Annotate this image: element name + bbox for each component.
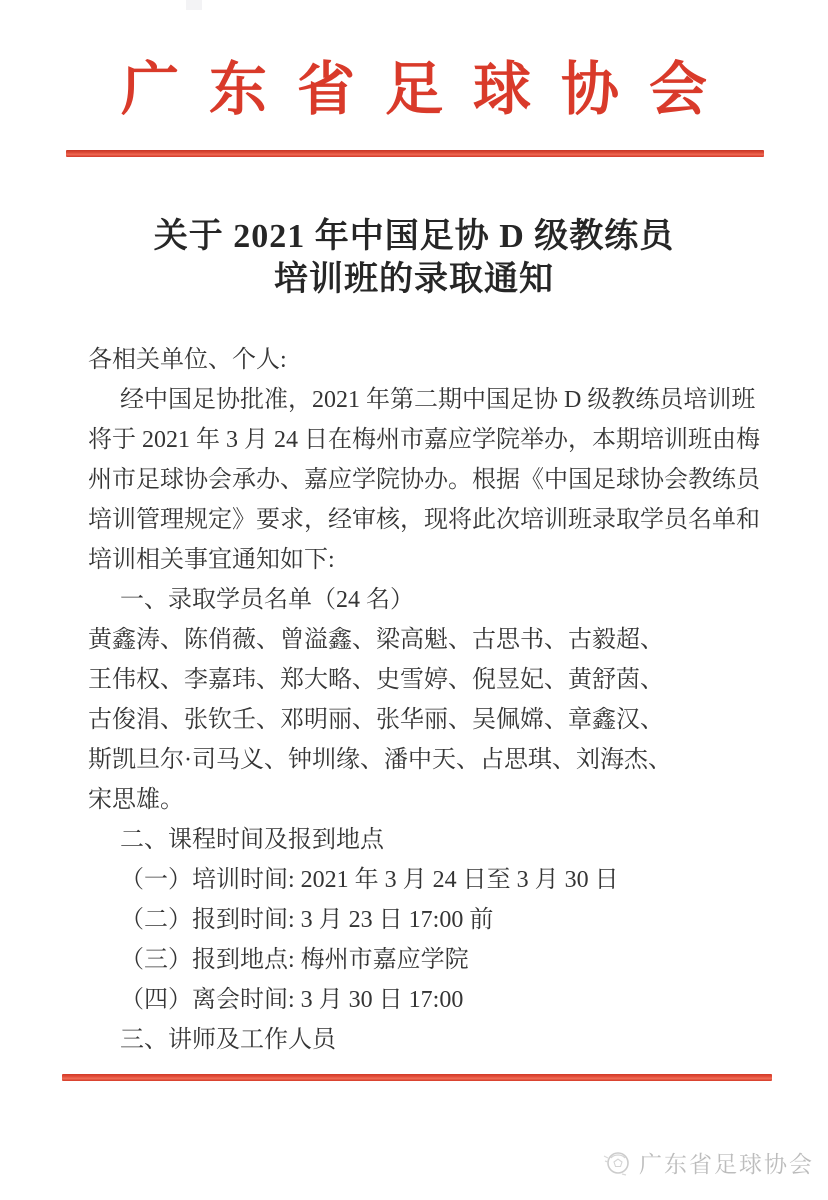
schedule-item-checkin-place: （三）报到地点: 梅州市嘉应学院 — [88, 940, 770, 980]
footer-brand-text: 广东省足球协会 — [639, 1146, 814, 1179]
gfa-crest-icon — [602, 1148, 632, 1178]
paragraph-line: 培训管理规定》要求，经审核，现将此次培训班录取学员名单和 — [88, 500, 770, 540]
document-body: 各相关单位、个人: 经中国足协批准，2021 年第二期中国足协 D 级教练员培训… — [88, 340, 770, 1060]
section-1-heading: 一、录取学员名单（24 名） — [88, 580, 770, 620]
document-title: 关于 2021 年中国足协 D 级教练员 培训班的录取通知 — [0, 215, 828, 301]
section-2-heading: 二、课程时间及报到地点 — [88, 820, 770, 860]
paragraph-line: 将于 2021 年 3 月 24 日在梅州市嘉应学院举办，本期培训班由梅 — [88, 420, 770, 460]
letterhead-org-name: 广东省足球协会 — [0, 0, 828, 130]
section-3-heading: 三、讲师及工作人员 — [88, 1020, 770, 1060]
paragraph-line: 州市足球协会承办、嘉应学院协办。根据《中国足球协会教练员 — [88, 460, 770, 500]
schedule-item-training-time: （一）培训时间: 2021 年 3 月 24 日至 3 月 30 日 — [88, 860, 770, 900]
paragraph-line: 培训相关事宜通知如下: — [88, 540, 770, 580]
student-names-line: 王伟权、李嘉玮、郑大略、史雪婷、倪昱妃、黄舒茵、 — [88, 660, 770, 700]
document-title-line2: 培训班的录取通知 — [0, 258, 828, 301]
scan-artifact — [186, 0, 202, 10]
footer-rule — [62, 1074, 772, 1081]
student-names-line: 黄鑫涛、陈俏薇、曾溢鑫、梁高魁、古思书、古毅超、 — [88, 620, 770, 660]
paragraph-line: 经中国足协批准，2021 年第二期中国足协 D 级教练员培训班 — [88, 380, 770, 420]
salutation: 各相关单位、个人: — [88, 340, 770, 380]
schedule-item-leave-time: （四）离会时间: 3 月 30 日 17:00 — [88, 980, 770, 1020]
notice-document-page: 广东省足球协会 关于 2021 年中国足协 D 级教练员 培训班的录取通知 各相… — [0, 0, 828, 1200]
student-names-line: 斯凯旦尔·司马义、钟圳缘、潘中天、占思琪、刘海杰、 — [88, 740, 770, 780]
student-names-line: 宋思雄。 — [88, 780, 770, 820]
footer-watermark: 广东省足球协会 — [602, 1146, 814, 1179]
document-title-line1: 关于 2021 年中国足协 D 级教练员 — [0, 215, 828, 258]
letterhead-rule — [66, 150, 764, 157]
student-names-line: 古俊涓、张钦壬、邓明丽、张华丽、吴佩嫦、章鑫汉、 — [88, 700, 770, 740]
schedule-item-checkin-time: （二）报到时间: 3 月 23 日 17:00 前 — [88, 900, 770, 940]
